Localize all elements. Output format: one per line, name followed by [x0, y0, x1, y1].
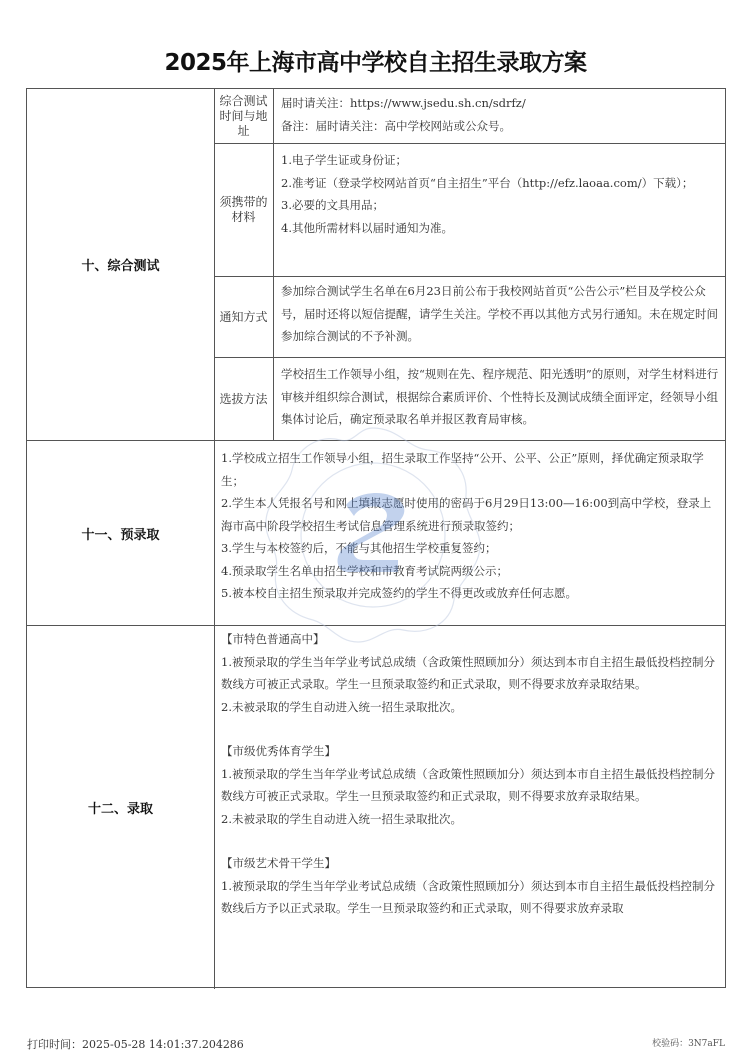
content-line: 1.电子学生证或身份证；: [281, 149, 719, 172]
section-admission: 十二、录取 【市特色普通高中】 1.被预录取的学生当年学业考试总成绩（含政策性照…: [27, 626, 725, 989]
sub-content: 届时请关注：https://www.jsedu.sh.cn/sdrfz/ 备注：…: [274, 89, 725, 143]
content-line: 学校招生工作领导小组，按“规则在先、程序规范、阳光透明”的原则，对学生材料进行审…: [281, 363, 719, 431]
content-line: 1.被预录取的学生当年学业考试总成绩（含政策性照顾加分）须达到本市自主招生最低投…: [221, 875, 719, 920]
sub-label: 须携带的材料: [214, 144, 274, 276]
group-heading: 【市级艺术骨干学生】: [221, 852, 719, 875]
content-line: 3.学生与本校签约后，不能与其他招生学校重复签约；: [221, 537, 719, 560]
content-line: 5.被本校自主招生预录取并完成签约的学生不得更改或放弃任何志愿。: [221, 582, 719, 605]
content-line: 2.学生本人凭报名号和网上填报志愿时使用的密码于6月29日13:00—16:00…: [221, 492, 719, 537]
content-line: 4.其他所需材料以届时通知为准。: [281, 217, 719, 240]
group-heading: 【市特色普通高中】: [221, 628, 719, 651]
content-line: 4.预录取学生名单由招生学校和市教育考试院两级公示；: [221, 560, 719, 583]
admission-plan-table: 十、综合测试 综合测试时间与地址 届时请关注：https://www.jsedu…: [26, 88, 726, 988]
sub-content: 参加综合测试学生名单在6月23日前公布于我校网站首页“公告公示”栏目及学校公众号…: [274, 277, 725, 357]
sub-label: 选拔方法: [214, 358, 274, 441]
section-label: 十二、录取: [27, 626, 215, 989]
content-line: 1.被预录取的学生当年学业考试总成绩（含政策性照顾加分）须达到本市自主招生最低投…: [221, 763, 719, 808]
sub-row-materials: 须携带的材料 1.电子学生证或身份证； 2.准考证（登录学校网站首页“自主招生”…: [214, 144, 725, 277]
group-heading: 【市级优秀体育学生】: [221, 740, 719, 763]
checksum: 校验码：3N7aFL: [652, 1036, 725, 1049]
content-line: 3.必要的文具用品；: [281, 194, 719, 217]
content-line: 1.被预录取的学生当年学业考试总成绩（含政策性照顾加分）须达到本市自主招生最低投…: [221, 651, 719, 696]
content-line: 2.未被录取的学生自动进入统一招生录取批次。: [221, 696, 719, 719]
sub-content: 1.电子学生证或身份证； 2.准考证（登录学校网站首页“自主招生”平台（http…: [274, 144, 725, 276]
content-line: 2.未被录取的学生自动进入统一招生录取批次。: [221, 808, 719, 831]
content-line: 参加综合测试学生名单在6月23日前公布于我校网站首页“公告公示”栏目及学校公众号…: [281, 280, 719, 348]
content-line: 2.准考证（登录学校网站首页“自主招生”平台（http://efz.laoaa.…: [281, 172, 719, 195]
section-label: 十、综合测试: [27, 89, 215, 440]
sub-label: 通知方式: [214, 277, 274, 357]
sub-label: 综合测试时间与地址: [214, 89, 274, 143]
section-content: 1.学校成立招生工作领导小组，招生录取工作坚持“公开、公平、公正”原则，择优确定…: [214, 441, 725, 625]
content-line: 届时请关注：https://www.jsedu.sh.cn/sdrfz/: [281, 92, 719, 115]
section-label: 十一、预录取: [27, 441, 215, 625]
section-comprehensive-test: 十、综合测试 综合测试时间与地址 届时请关注：https://www.jsedu…: [27, 89, 725, 441]
sub-content: 学校招生工作领导小组，按“规则在先、程序规范、阳光透明”的原则，对学生材料进行审…: [274, 358, 725, 441]
content-line: 备注：届时请关注：高中学校网站或公众号。: [281, 115, 719, 138]
content-line: 1.学校成立招生工作领导小组，招生录取工作坚持“公开、公平、公正”原则，择优确定…: [221, 447, 719, 492]
sub-row-selection-method: 选拔方法 学校招生工作领导小组，按“规则在先、程序规范、阳光透明”的原则，对学生…: [214, 358, 725, 441]
section-pre-admission: 十一、预录取 1.学校成立招生工作领导小组，招生录取工作坚持“公开、公平、公正”…: [27, 441, 725, 626]
sub-row-notification: 通知方式 参加综合测试学生名单在6月23日前公布于我校网站首页“公告公示”栏目及…: [214, 277, 725, 358]
document-title: 2025年上海市高中学校自主招生录取方案: [0, 44, 751, 77]
section-content: 【市特色普通高中】 1.被预录取的学生当年学业考试总成绩（含政策性照顾加分）须达…: [214, 626, 725, 989]
sub-row-test-time-address: 综合测试时间与地址 届时请关注：https://www.jsedu.sh.cn/…: [214, 89, 725, 144]
print-time: 打印时间：2025-05-28 14:01:37.204286: [27, 1036, 244, 1052]
